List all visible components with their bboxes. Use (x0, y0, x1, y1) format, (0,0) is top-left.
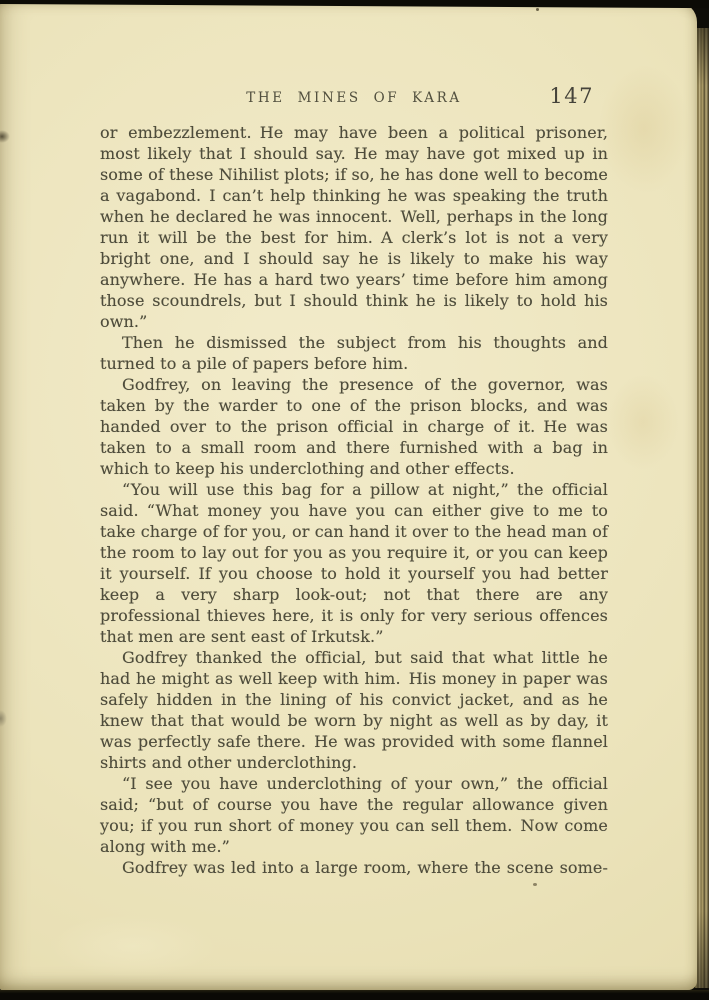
scan-smudge (0, 130, 10, 143)
running-title: THE MINES OF KARA (100, 87, 608, 106)
book-scan: THE MINES OF KARA 147 or embezzlement. H… (0, 0, 709, 1000)
paragraph: “You will use this bag for a pillow at n… (100, 479, 608, 647)
scan-speck (533, 883, 537, 886)
photo-bottom-border (0, 990, 709, 1000)
paragraph: Then he dismissed the subject from his t… (100, 332, 608, 374)
paper-stain (598, 64, 690, 194)
page-edges-stack (695, 28, 709, 988)
paragraph: Godfrey thanked the official, but said t… (100, 647, 608, 773)
paragraph: Godfrey, on leaving the presence of the … (100, 374, 608, 479)
page-body: or embezzlement. He may have been a poli… (100, 122, 608, 878)
scan-speck (536, 8, 539, 11)
scan-smudge (0, 710, 7, 727)
paragraph: or embezzlement. He may have been a poli… (100, 122, 608, 332)
paper-stain (606, 374, 680, 470)
paper-stain (48, 914, 218, 978)
paragraph: Godfrey was led into a large room, where… (100, 857, 608, 878)
page-number: 147 (549, 84, 594, 108)
running-head: THE MINES OF KARA 147 (100, 87, 608, 109)
paragraph: “I see you have underclothing of your ow… (100, 773, 608, 857)
